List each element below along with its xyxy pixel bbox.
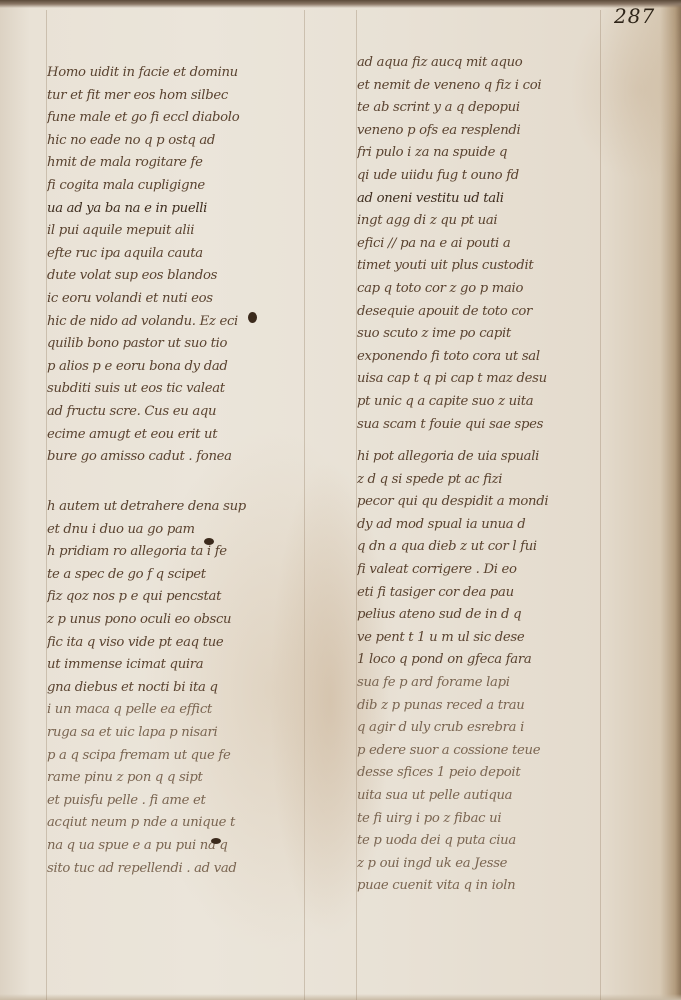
text-line: acqiut neum p nde a unique t — [47, 812, 323, 835]
text-line: sua scam t fouie qui sae spes — [357, 414, 642, 437]
text-line: veneno p ofs ea resplendi — [357, 120, 642, 143]
text-line: ad aqua fiz aucq mit aquo — [357, 52, 642, 75]
text-line: p alios p e eoru bona dy dad — [47, 356, 323, 379]
text-line: dute volat sup eos blandos — [47, 265, 323, 288]
text-line: pecor qui qu despidit a mondi — [357, 491, 642, 514]
text-line: dib z p punas reced a trau — [357, 695, 642, 718]
text-line: Homo uidit in facie et dominu — [47, 62, 323, 85]
text-line: eti fi tasiger cor dea pau — [357, 582, 642, 605]
text-line: h pridiam ro allegoria ta i fe — [47, 541, 323, 564]
text-line: hi pot allegoria de uia spuali — [357, 446, 642, 469]
text-line: ua ad ya ba na e in puelli — [47, 198, 323, 221]
text-line: na q ua spue e a pu pui na q — [47, 835, 323, 858]
text-line: q agir d uly crub esrebra i — [357, 717, 642, 740]
text-line: puae cuenit vita q in ioln — [357, 875, 642, 898]
text-line: q dn a qua dieb z ut cor l fui — [357, 536, 642, 559]
text-line: il pui aquile mepuit alii — [47, 220, 323, 243]
ink-blot — [204, 538, 214, 545]
text-line: fi valeat corrigere . Di eo — [357, 559, 642, 582]
text-line: h autem ut detrahere dena sup — [47, 496, 323, 519]
text-line: te p uoda dei q puta ciua — [357, 830, 642, 853]
page-top-edge — [0, 0, 681, 8]
text-line: p a q scipa fremam ut que fe — [47, 745, 323, 768]
text-line: et puisfu pelle . fi ame et — [47, 790, 323, 813]
text-line: z p oui ingd uk ea Jesse — [357, 853, 642, 876]
text-line: cap q toto cor z go p maio — [357, 278, 642, 301]
text-line: sua fe p ard forame lapi — [357, 672, 642, 695]
text-line: ut immense icimat quira — [47, 654, 323, 677]
text-line: te ab scrint y a q depopui — [357, 97, 642, 120]
text-line: uita sua ut pelle autiqua — [357, 785, 642, 808]
text-line: et dnu i duo ua go pam — [47, 519, 323, 542]
text-line: exponendo fi toto cora ut sal — [357, 346, 642, 369]
text-line: i un maca q pelle ea effict — [47, 699, 323, 722]
text-line: hic de nido ad volandu. Ez eci — [47, 311, 323, 334]
text-line: te a spec de go f q scipet — [47, 564, 323, 587]
text-line: hmit de mala rogitare fe — [47, 152, 323, 175]
text-line: bure go amisso cadut . fonea — [47, 446, 323, 469]
text-line: pt unic q a capite suo z uita — [357, 391, 642, 414]
text-line: ad fructu scre. Cus eu aqu — [47, 401, 323, 424]
text-line: tur et fit mer eos hom silbec — [47, 85, 323, 108]
text-line: fic ita q viso vide pt eaq tue — [47, 632, 323, 655]
text-line: ingt agg di z qu pt uai — [357, 210, 642, 233]
text-line: ic eoru volandi et nuti eos — [47, 288, 323, 311]
text-line: desse sfices 1 peio depoit — [357, 762, 642, 785]
text-line: ve pent t 1 u m ul sic dese — [357, 627, 642, 650]
folio-number: 287 — [614, 4, 655, 28]
text-line: quilib bono pastor ut suo tio — [47, 333, 323, 356]
text-line: hic no eade no q p ostq ad — [47, 130, 323, 153]
text-line: z p unus pono oculi eo obscu — [47, 609, 323, 632]
text-line: fiz qoz nos p e qui pencstat — [47, 586, 323, 609]
text-line: fi cogita mala cupligigne — [47, 175, 323, 198]
text-line: 1 loco q pond on gfeca fara — [357, 649, 642, 672]
text-line: subditi suis ut eos tic valeat — [47, 378, 323, 401]
right-column-paragraph-2: hi pot allegoria de uia spuali z d q si … — [357, 446, 642, 898]
text-line: te fi uirg i po z fibac ui — [357, 808, 642, 831]
ink-blot — [248, 312, 257, 323]
text-line: efici // pa na e ai pouti a — [357, 233, 642, 256]
text-line: suo scuto z ime po capit — [357, 323, 642, 346]
text-line: efte ruc ipa aquila cauta — [47, 243, 323, 266]
text-line: fri pulo i za na spuide q — [357, 142, 642, 165]
text-line: rame pinu z pon q q sipt — [47, 767, 323, 790]
text-line: ecime amugt et eou erit ut — [47, 424, 323, 447]
left-column-paragraph-2: h autem ut detrahere dena sup et dnu i d… — [47, 496, 323, 880]
text-line: p edere suor a cossione teue — [357, 740, 642, 763]
text-line: ad oneni vestitu ud tali — [357, 188, 642, 211]
text-line: gna diebus et nocti bi ita q — [47, 677, 323, 700]
text-line: desequie apouit de toto cor — [357, 301, 642, 324]
page-bottom-edge — [0, 994, 681, 1000]
text-line: timet youti uit plus custodit — [357, 255, 642, 278]
text-line: sito tuc ad repellendi . ad vad — [47, 858, 323, 881]
manuscript-page: 287 Homo uidit in facie et dominu tur et… — [0, 0, 681, 1000]
text-line: pelius ateno sud de in d q — [357, 604, 642, 627]
text-line: z d q si spede pt ac fizi — [357, 469, 642, 492]
text-line: et nemit de veneno q fiz i coi — [357, 75, 642, 98]
right-column-paragraph-1: ad aqua fiz aucq mit aquo et nemit de ve… — [357, 52, 642, 436]
text-line: fune male et go fi eccl diabolo — [47, 107, 323, 130]
ink-blot — [211, 838, 221, 844]
text-line: dy ad mod spual ia unua d — [357, 514, 642, 537]
text-line: qi ude uiidu fug t ouno fd — [357, 165, 642, 188]
left-column-paragraph-1: Homo uidit in facie et dominu tur et fit… — [47, 62, 323, 469]
text-line: ruga sa et uic lapa p nisari — [47, 722, 323, 745]
text-line: uisa cap t q pi cap t maz desu — [357, 368, 642, 391]
